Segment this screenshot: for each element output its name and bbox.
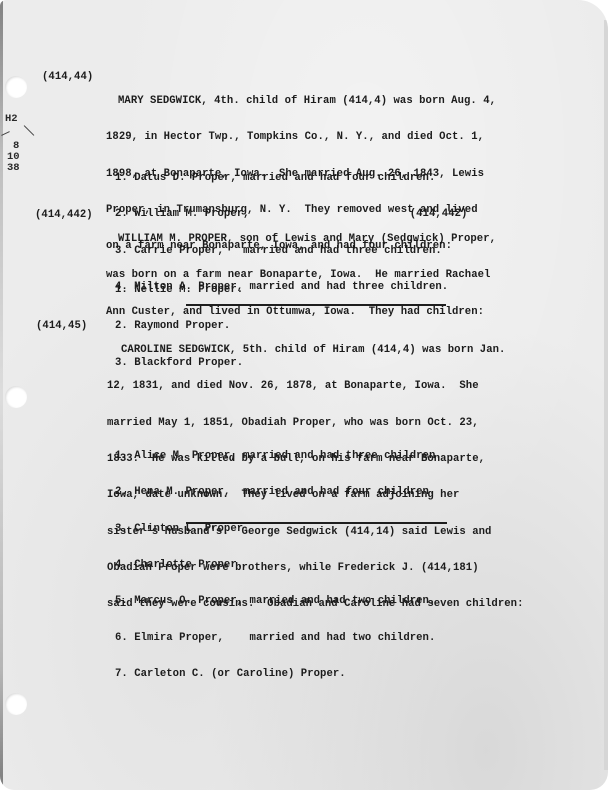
page-left-edge [0, 0, 3, 790]
margin-code: H2 [5, 113, 18, 125]
list-item: 7. Carleton C. (or Caroline) Proper. [115, 668, 442, 680]
punch-hole-middle [5, 386, 27, 408]
section-divider [186, 304, 446, 306]
children-list: 1. Alice M. Proper, married and had thre… [115, 426, 442, 704]
paragraph-line: MARY SEDGWICK, 4th. child of Hiram (414,… [106, 95, 496, 107]
paragraph-line: WILLIAM M. PROPER, son of Lewis and Mary… [106, 233, 496, 245]
list-item: 3. Clinton L. Proper. [115, 523, 442, 535]
document-page: H2 8 10 38 (414,44) MARY SEDGWICK, 4th. … [0, 0, 608, 790]
list-item: 4. Charlotte Proper. [115, 559, 442, 571]
margin-tick-right [24, 125, 35, 136]
margin-number: 38 [7, 162, 20, 174]
paragraph-line: CAROLINE SEDGWICK, 5th. child of Hiram (… [107, 344, 523, 356]
list-item: 1. Nellie M. Proper. [115, 284, 243, 296]
entry-id: (414,45) [36, 320, 87, 332]
page-right-edge [604, 20, 608, 770]
list-item: 5. Marcus O. Proper, married and had two… [115, 595, 442, 607]
list-item: 1. Datus D. Proper, married and had four… [115, 172, 467, 184]
list-item: 2. Hena M. Proper, married and had four … [115, 486, 442, 498]
section-divider [186, 522, 447, 524]
paragraph-line: 12, 1831, and died Nov. 26, 1878, at Bon… [107, 380, 523, 392]
entry-id: (414,442) [35, 209, 93, 221]
paragraph-line: 1829, in Hector Twp., Tompkins Co., N. Y… [106, 131, 496, 143]
entry-id: (414,44) [42, 71, 93, 83]
punch-hole-bottom [5, 693, 27, 715]
list-item: 1. Alice M. Proper, married and had thre… [115, 450, 442, 462]
list-item: 6. Elmira Proper, married and had two ch… [115, 632, 442, 644]
punch-hole-top [5, 76, 27, 98]
